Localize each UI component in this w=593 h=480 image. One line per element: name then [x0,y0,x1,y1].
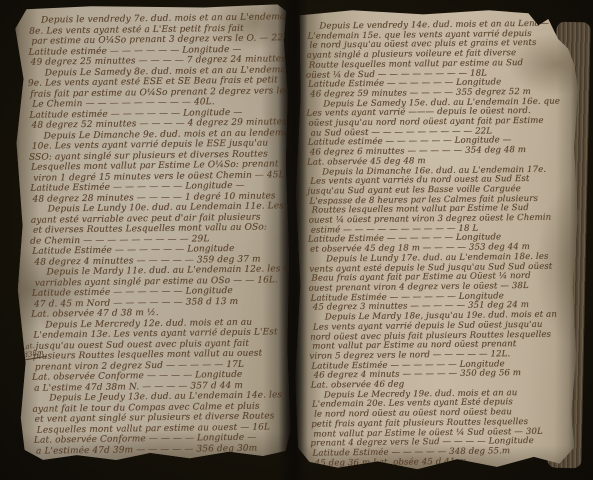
left-page: Depuis le vendredy 7e. dud. mois et an a… [7,4,291,463]
manuscript-photo: Depuis Le vendredy 14e. dud. mois et an … [0,0,593,480]
right-page: Depuis Le vendredy 14e. dud. mois et an … [292,7,579,473]
manuscript-line: 45 deg 36 m Lat. obsée 45 d 41 m [315,456,575,469]
right-page-lines: Depuis Le vendredy 14e. dud. mois et an … [307,19,572,468]
left-page-lines: Depuis le vendredy 7e. dud. mois et an a… [29,12,287,456]
manuscript-line: a L'estimée 47d 39m — — — — — 356 deg 30… [36,443,288,457]
